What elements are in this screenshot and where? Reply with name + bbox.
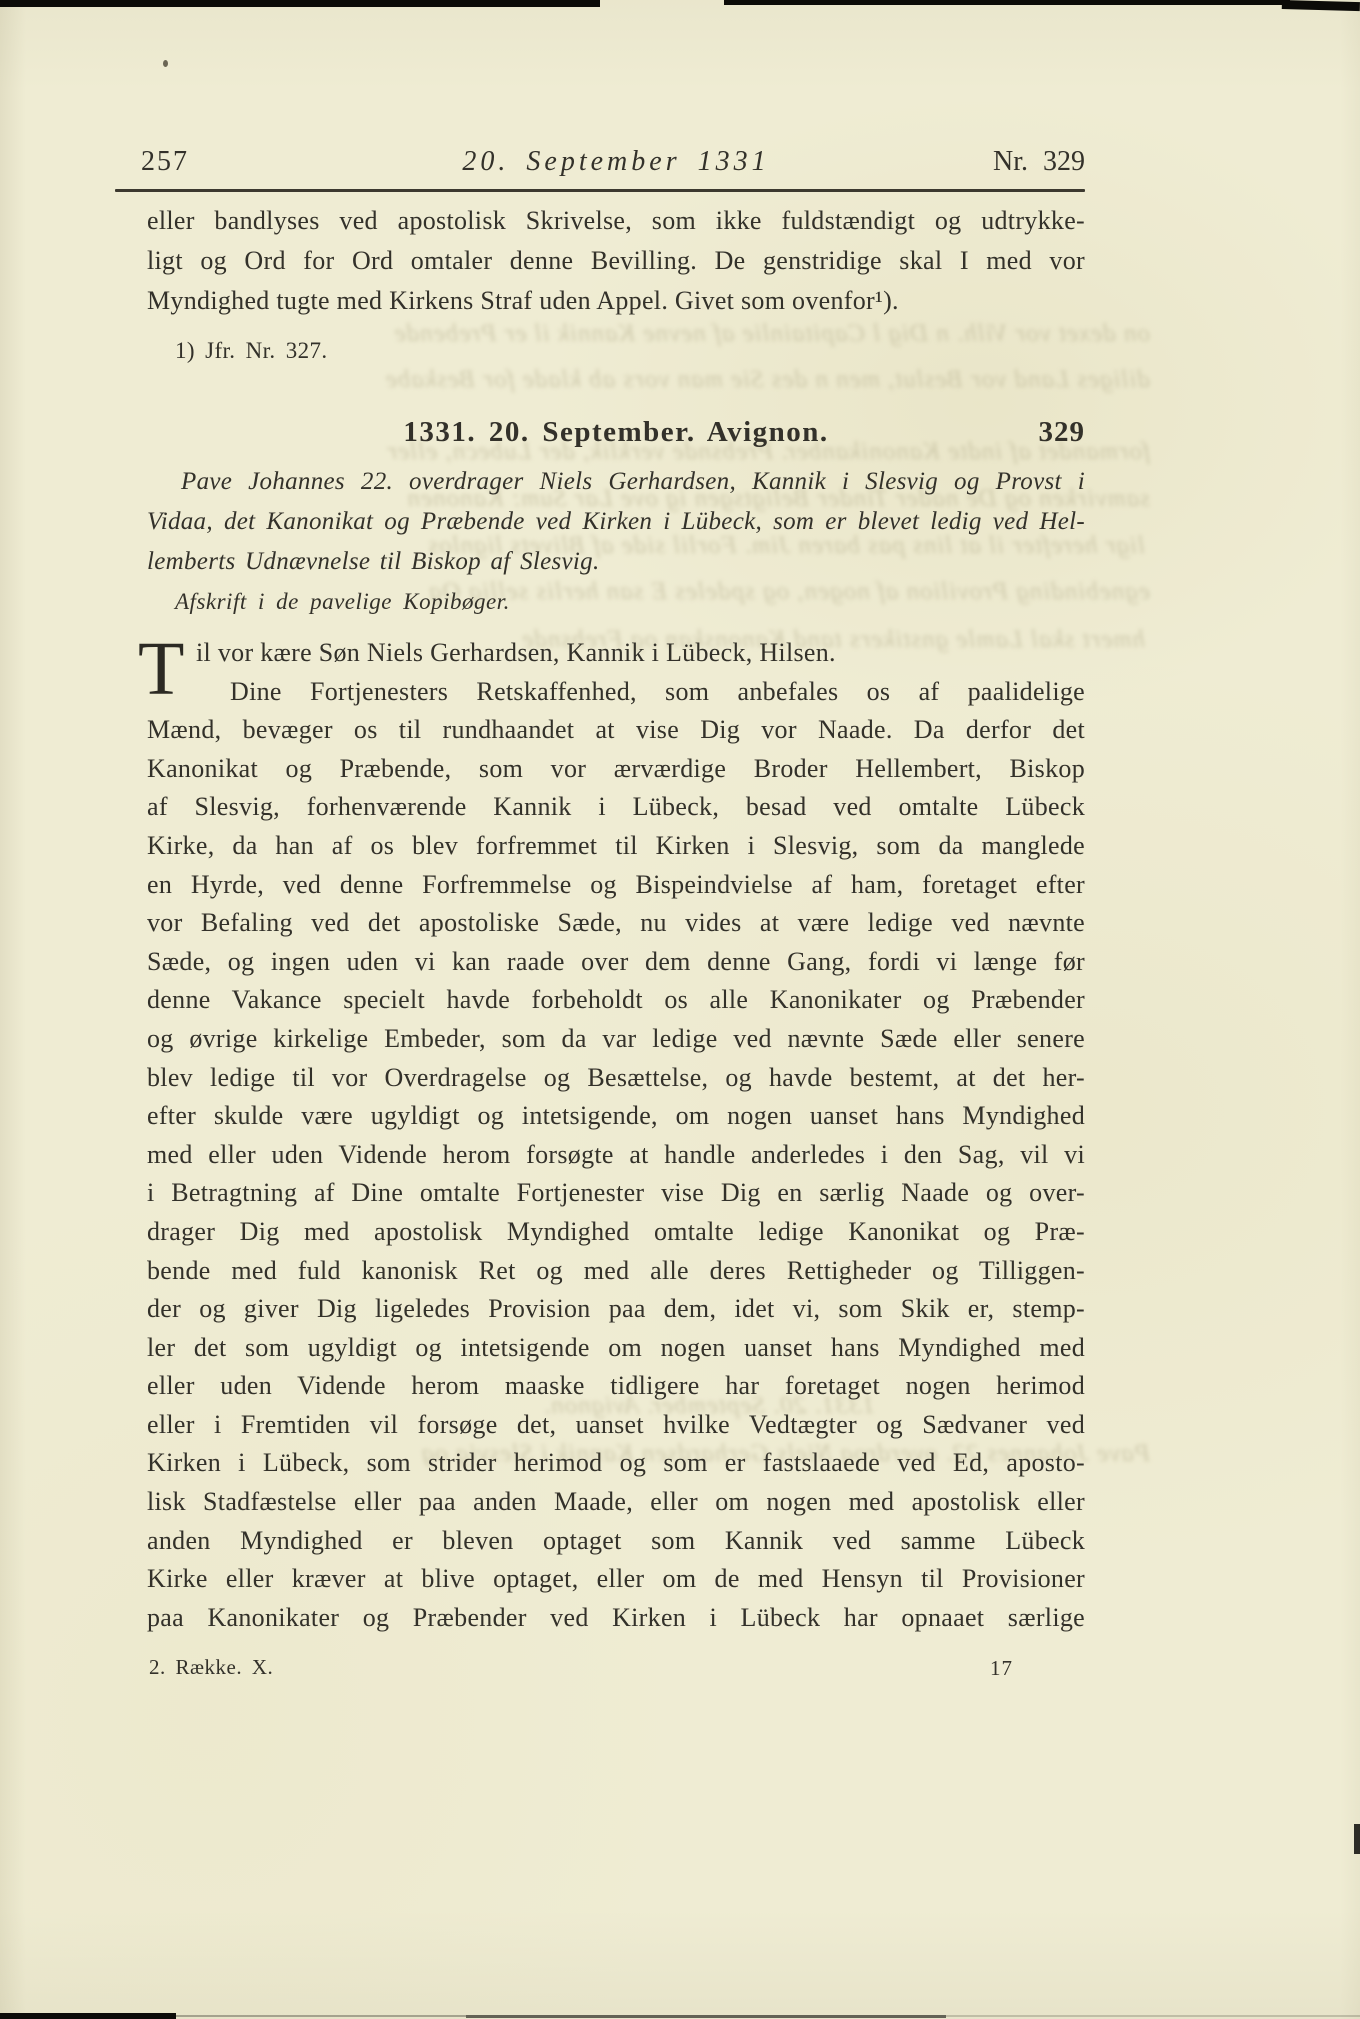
document-heading-title: 1331. 20. September. Avignon. bbox=[147, 416, 1085, 449]
scan-edge-artifact bbox=[466, 2015, 946, 2018]
text-line: ler det som ugyldigt og intetsigende om … bbox=[147, 1329, 1085, 1368]
text-line: efter skulde være ugyldigt og intetsigen… bbox=[147, 1097, 1085, 1136]
text-line: paa Kanonikater og Præbender ved Kirken … bbox=[147, 1599, 1085, 1638]
text-line: Sæde, og ingen uden vi kan raade over de… bbox=[147, 943, 1085, 982]
document-number-header: Nr. 329 bbox=[993, 146, 1085, 178]
regest-summary: Pave Johannes 22. overdrager Niels Gerha… bbox=[147, 462, 1085, 582]
text-line: drager Dig med apostolisk Myndighed omta… bbox=[147, 1213, 1085, 1252]
scan-edge-artifact bbox=[0, 2013, 176, 2019]
text-line: Myndighed tugte med Kirkens Straf uden A… bbox=[147, 281, 1085, 321]
text-line: med eller uden Vidende herom forsøgte at… bbox=[147, 1136, 1085, 1175]
scan-speck bbox=[163, 60, 168, 67]
page-header: 257 20. September 1331 Nr. 329 bbox=[147, 146, 1085, 184]
text-line: lemberts Udnævnelse til Biskop af Slesvi… bbox=[147, 542, 1085, 582]
text-line: af Slesvig, forhenværende Kannik i Lübec… bbox=[147, 788, 1085, 827]
header-rule bbox=[115, 189, 1085, 192]
text-line: denne Vakance specielt havde forbeholdt … bbox=[147, 981, 1085, 1020]
text-line: il vor kære Søn Niels Gerhardsen, Kannik… bbox=[147, 634, 1085, 673]
text-line: Dine Fortjenesters Retskaffenhed, som an… bbox=[147, 673, 1085, 712]
source-note: Afskrift i de pavelige Kopibøger. bbox=[175, 589, 510, 615]
text-line: og øvrige kirkelige Embeder, som da var … bbox=[147, 1020, 1085, 1059]
drop-cap: T bbox=[138, 638, 184, 710]
text-line: en Hyrde, ved denne Forfremmelse og Bisp… bbox=[147, 866, 1085, 905]
text-line: bende med fuld kanonisk Ret og med alle … bbox=[147, 1252, 1085, 1291]
body-lines: il vor kære Søn Niels Gerhardsen, Kannik… bbox=[147, 634, 1085, 1637]
text-line: Vidaa, det Kanonikat og Præbende ved Kir… bbox=[147, 502, 1085, 542]
scanned-book-page: on dexet vor Vilh. n Dig l Capitainlie a… bbox=[0, 0, 1360, 2019]
series-note: 2. Række. X. bbox=[149, 1655, 273, 1680]
text-line: ligt og Ord for Ord omtaler denne Bevill… bbox=[147, 241, 1085, 281]
continuation-paragraph: eller bandlyses ved apostolisk Skrivelse… bbox=[147, 201, 1085, 321]
text-line: lisk Stadfæstelse eller paa anden Maade,… bbox=[147, 1483, 1085, 1522]
scan-edge-artifact bbox=[1282, 0, 1360, 11]
text-line: Kirken i Lübeck, som strider herimod og … bbox=[147, 1444, 1085, 1483]
text-line: Pave Johannes 22. overdrager Niels Gerha… bbox=[147, 462, 1085, 502]
text-line: eller uden Vidende herom maaske tidliger… bbox=[147, 1367, 1085, 1406]
footnote: 1) Jfr. Nr. 327. bbox=[175, 338, 328, 364]
document-heading: 1331. 20. September. Avignon. 329 bbox=[147, 416, 1085, 450]
scan-edge-artifact bbox=[724, 0, 1290, 5]
text-line: i Betragtning af Dine omtalte Fortjenest… bbox=[147, 1174, 1085, 1213]
text-line: Kirke, da han af os blev forfremmet til … bbox=[147, 827, 1085, 866]
page-number-bottom: 17 bbox=[990, 1656, 1013, 1681]
text-block: 257 20. September 1331 Nr. 329 eller ban… bbox=[147, 0, 1085, 2019]
page-footer: 2. Række. X. 17 bbox=[147, 1655, 1085, 1685]
text-line: anden Myndighed er bleven optaget som Ka… bbox=[147, 1522, 1085, 1561]
text-line: eller bandlyses ved apostolisk Skrivelse… bbox=[147, 201, 1085, 241]
scan-edge-artifact bbox=[1354, 1824, 1360, 1854]
body-text: T il vor kære Søn Niels Gerhardsen, Kann… bbox=[147, 634, 1085, 1637]
text-line: der og giver Dig ligeledes Provision paa… bbox=[147, 1290, 1085, 1329]
text-line: Kirke eller kræver at blive optaget, ell… bbox=[147, 1560, 1085, 1599]
scan-edge-artifact bbox=[176, 2015, 466, 2017]
scan-edge-artifact bbox=[946, 2015, 1360, 2017]
scan-edge-artifact bbox=[0, 0, 600, 7]
running-head: 20. September 1331 bbox=[147, 146, 1085, 178]
text-line: Kanonikat og Præbende, som vor ærværdige… bbox=[147, 750, 1085, 789]
text-line: Mænd, bevæger os til rundhaandet at vise… bbox=[147, 711, 1085, 750]
text-line: blev ledige til vor Overdragelse og Besæ… bbox=[147, 1059, 1085, 1098]
text-line: eller i Fremtiden vil forsøge det, uanse… bbox=[147, 1406, 1085, 1445]
document-heading-number: 329 bbox=[1039, 416, 1086, 449]
text-line: vor Befaling ved det apostoliske Sæde, n… bbox=[147, 904, 1085, 943]
